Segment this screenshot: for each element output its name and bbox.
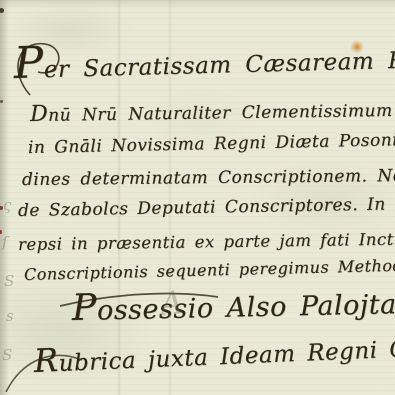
paper-speck bbox=[0, 8, 4, 13]
manuscript-page: Per Sacratissam Cæsaream Regiam Dnū Nrū … bbox=[0, 0, 395, 395]
manuscript-line-7: Conscriptionis sequenti peregimus Method… bbox=[24, 255, 395, 284]
manuscript-line-4: dines determinatam Conscriptionem. Nos p bbox=[22, 166, 395, 190]
manuscript-line-2: Dnū Nrū Naturaliter Clementissimum C bbox=[30, 101, 395, 126]
manuscript-line-rubrica: Rubrica juxta Ideam Regni Con bbox=[33, 335, 395, 378]
bleed-through-mark: ς bbox=[3, 196, 11, 214]
paper-speck bbox=[0, 100, 3, 103]
manuscript-line-3: in Gnāli Novissima Regni Diæta Posonij C… bbox=[28, 128, 395, 158]
bleed-through-mark: s bbox=[6, 307, 14, 325]
manuscript-line-1: Per Sacratissam Cæsaream Regiam bbox=[14, 46, 395, 84]
bleed-through-mark: ſ bbox=[2, 233, 8, 251]
bleed-through-ghost-letter: A bbox=[158, 283, 185, 323]
heading-possessio-also-palojta: Possessio Also Palojta. bbox=[72, 289, 395, 327]
bleed-through-mark: S bbox=[4, 272, 14, 290]
bleed-through-mark: S bbox=[2, 346, 12, 364]
manuscript-line-6: repsi in præsentia ex parte jam fati Inc… bbox=[18, 229, 395, 254]
manuscript-line-5: de Szabolcs Deputati Conscriptores. In h… bbox=[18, 194, 395, 221]
